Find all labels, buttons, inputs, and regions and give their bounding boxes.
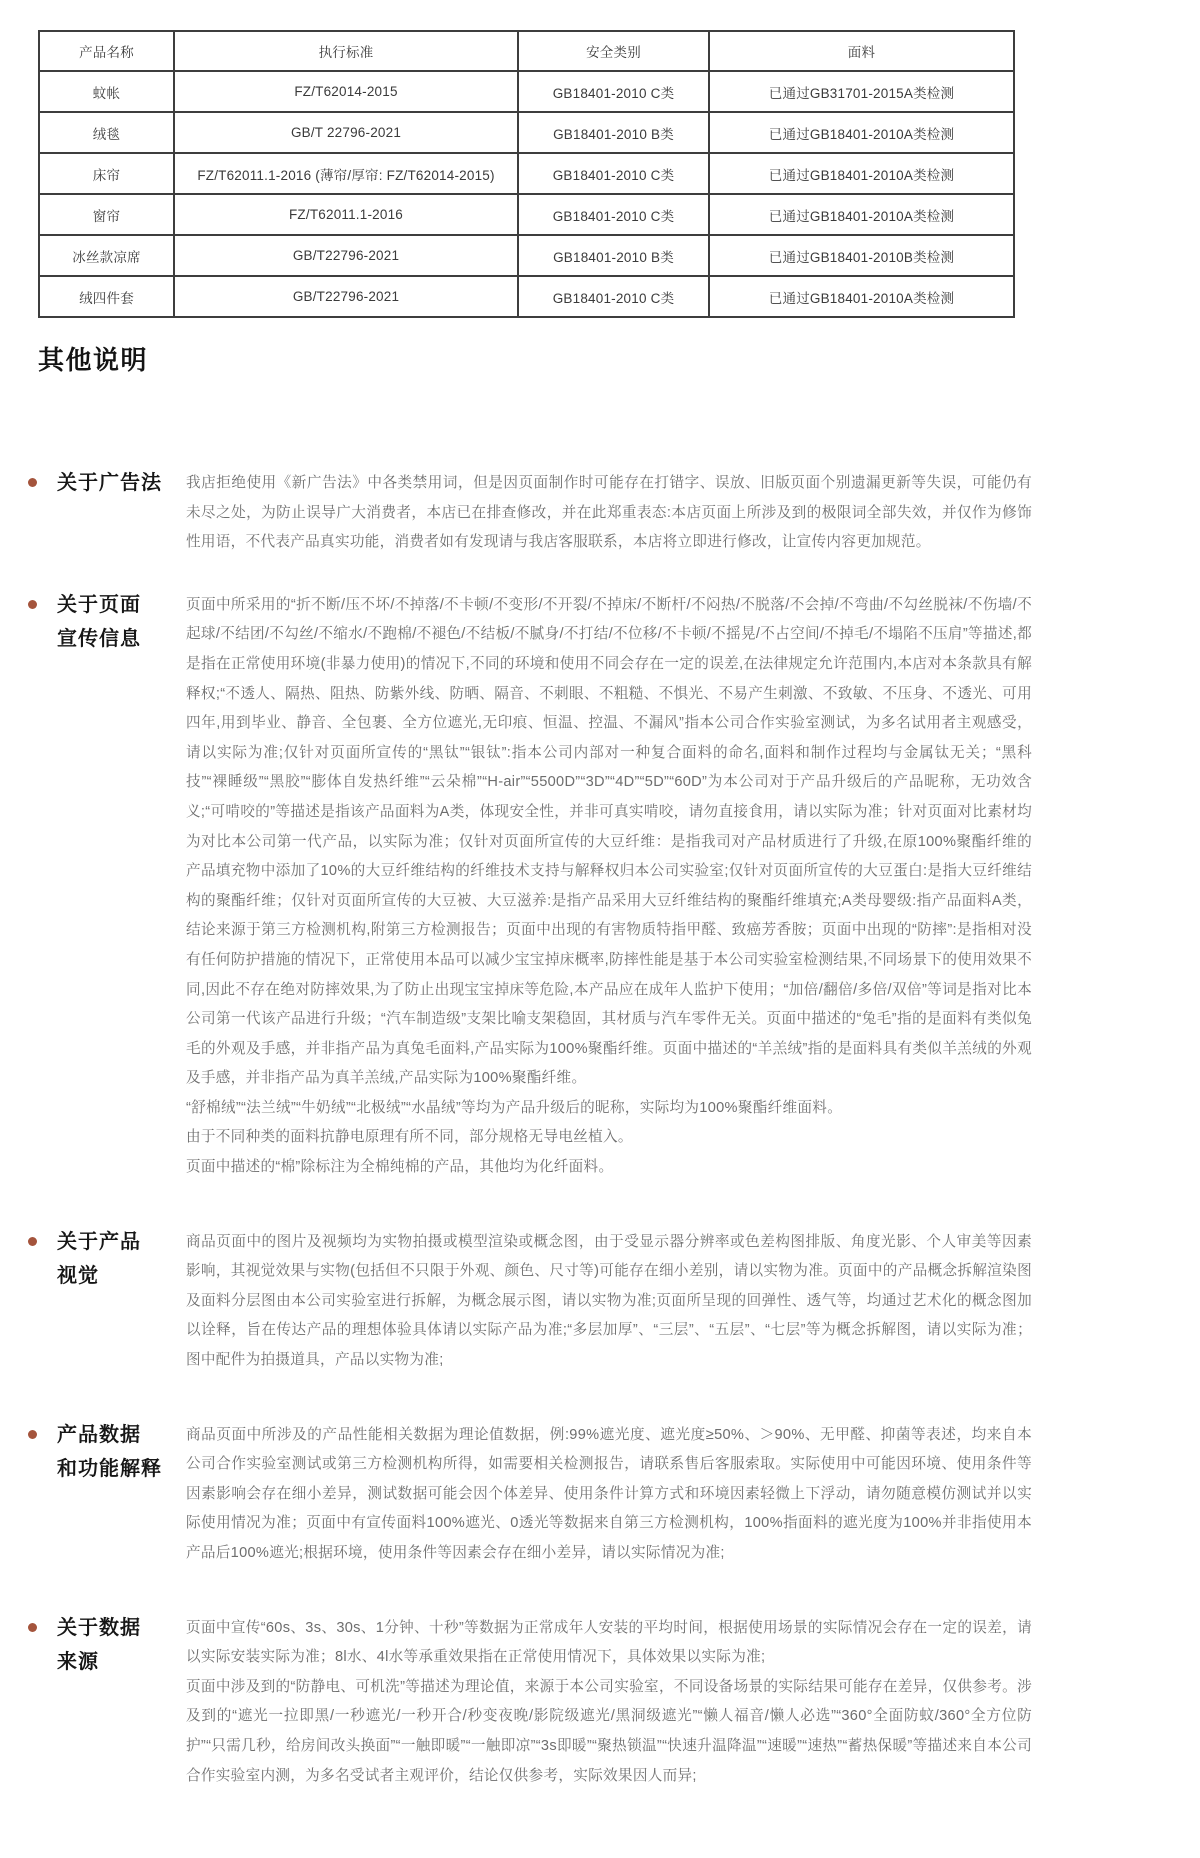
section-body: 页面中所采用的“折不断/压不坏/不掉落/不卡顿/不变形/不开裂/不掉床/不断杆/… bbox=[186, 588, 1032, 1183]
section-body: 页面中宣传“60s、3s、30s、1分钟、十秒”等数据为正常成年人安装的平均时间… bbox=[186, 1611, 1032, 1792]
section-product-visual: 关于产品 视觉 商品页面中的图片及视频均为实物拍摄或模型渲染或概念图，由于受显示… bbox=[38, 1225, 1038, 1376]
section-data-source: 关于数据 来源 页面中宣传“60s、3s、30s、1分钟、十秒”等数据为正常成年… bbox=[38, 1611, 1038, 1792]
section-label: 关于产品 视觉 bbox=[38, 1225, 186, 1376]
table-cell: 已通过GB18401-2010A类检测 bbox=[709, 112, 1014, 153]
header-cell: 安全类别 bbox=[518, 31, 709, 71]
table-cell: 已通过GB18401-2010B类检测 bbox=[709, 235, 1014, 276]
table-cell: GB18401-2010 C类 bbox=[518, 71, 709, 112]
table-cell: GB/T 22796-2021 bbox=[174, 112, 518, 153]
bullet-icon bbox=[28, 1623, 37, 1632]
table-cell: GB18401-2010 B类 bbox=[518, 235, 709, 276]
section-title: 关于数据 来源 bbox=[57, 1611, 186, 1679]
table-row: 冰丝款凉席 GB/T22796-2021 GB18401-2010 B类 已通过… bbox=[39, 235, 1014, 276]
table-row: 绒毯 GB/T 22796-2021 GB18401-2010 B类 已通过GB… bbox=[39, 112, 1014, 153]
table-cell: GB18401-2010 C类 bbox=[518, 153, 709, 194]
table-cell: 已通过GB18401-2010A类检测 bbox=[709, 194, 1014, 235]
table-cell: 已通过GB31701-2015A类检测 bbox=[709, 71, 1014, 112]
table-row: 床帘 FZ/T62011.1-2016 (薄帘/厚帘: FZ/T62014-20… bbox=[39, 153, 1014, 194]
table-cell: GB/T22796-2021 bbox=[174, 276, 518, 317]
table-cell: FZ/T62014-2015 bbox=[174, 71, 518, 112]
section-label: 关于广告法 bbox=[38, 466, 186, 558]
section-label: 产品数据 和功能解释 bbox=[38, 1418, 186, 1569]
table-cell: 绒毯 bbox=[39, 112, 174, 153]
table-cell: GB/T22796-2021 bbox=[174, 235, 518, 276]
table-header-row: 产品名称 执行标准 安全类别 面料 bbox=[39, 31, 1014, 71]
section-body: 商品页面中的图片及视频均为实物拍摄或模型渲染或概念图，由于受显示器分辨率或色差构… bbox=[186, 1225, 1032, 1376]
table-cell: GB18401-2010 C类 bbox=[518, 276, 709, 317]
table-cell: 绒四件套 bbox=[39, 276, 174, 317]
section-body: 我店拒绝使用《新广告法》中各类禁用词，但是因页面制作时可能存在打错字、误放、旧版… bbox=[186, 466, 1032, 558]
section-title: 关于页面 宣传信息 bbox=[57, 588, 186, 656]
section-page-promo: 关于页面 宣传信息 页面中所采用的“折不断/压不坏/不掉落/不卡顿/不变形/不开… bbox=[38, 588, 1038, 1183]
header-cell: 面料 bbox=[709, 31, 1014, 71]
header-cell: 产品名称 bbox=[39, 31, 174, 71]
table-cell: 冰丝款凉席 bbox=[39, 235, 174, 276]
bullet-icon bbox=[28, 1430, 37, 1439]
bullet-icon bbox=[28, 600, 37, 609]
table-cell: 蚊帐 bbox=[39, 71, 174, 112]
document: 产品名称 执行标准 安全类别 面料 蚊帐 FZ/T62014-2015 GB18… bbox=[0, 0, 1038, 1791]
section-title: 产品数据 和功能解释 bbox=[57, 1418, 186, 1486]
section-title: 关于产品 视觉 bbox=[57, 1225, 186, 1293]
table-cell: GB18401-2010 B类 bbox=[518, 112, 709, 153]
section-title: 关于广告法 bbox=[57, 466, 186, 500]
section-label: 关于页面 宣传信息 bbox=[38, 588, 186, 1183]
table-cell: 已通过GB18401-2010A类检测 bbox=[709, 276, 1014, 317]
bullet-icon bbox=[28, 1237, 37, 1246]
table-row: 蚊帐 FZ/T62014-2015 GB18401-2010 C类 已通过GB3… bbox=[39, 71, 1014, 112]
table-row: 绒四件套 GB/T22796-2021 GB18401-2010 C类 已通过G… bbox=[39, 276, 1014, 317]
table-cell: 窗帘 bbox=[39, 194, 174, 235]
table-cell: GB18401-2010 C类 bbox=[518, 194, 709, 235]
table-cell: FZ/T62011.1-2016 (薄帘/厚帘: FZ/T62014-2015) bbox=[174, 153, 518, 194]
section-ad-law: 关于广告法 我店拒绝使用《新广告法》中各类禁用词，但是因页面制作时可能存在打错字… bbox=[38, 466, 1038, 558]
section-body: 商品页面中所涉及的产品性能相关数据为理论值数据，例:99%遮光度、遮光度≥50%… bbox=[186, 1418, 1032, 1569]
table-cell: 床帘 bbox=[39, 153, 174, 194]
page-title: 其他说明 bbox=[38, 344, 1038, 376]
table-cell: FZ/T62011.1-2016 bbox=[174, 194, 518, 235]
header-cell: 执行标准 bbox=[174, 31, 518, 71]
bullet-icon bbox=[28, 478, 37, 487]
table-row: 窗帘 FZ/T62011.1-2016 GB18401-2010 C类 已通过G… bbox=[39, 194, 1014, 235]
table-cell: 已通过GB18401-2010A类检测 bbox=[709, 153, 1014, 194]
section-product-data: 产品数据 和功能解释 商品页面中所涉及的产品性能相关数据为理论值数据，例:99%… bbox=[38, 1418, 1038, 1569]
section-label: 关于数据 来源 bbox=[38, 1611, 186, 1792]
standards-table: 产品名称 执行标准 安全类别 面料 蚊帐 FZ/T62014-2015 GB18… bbox=[38, 30, 1015, 318]
